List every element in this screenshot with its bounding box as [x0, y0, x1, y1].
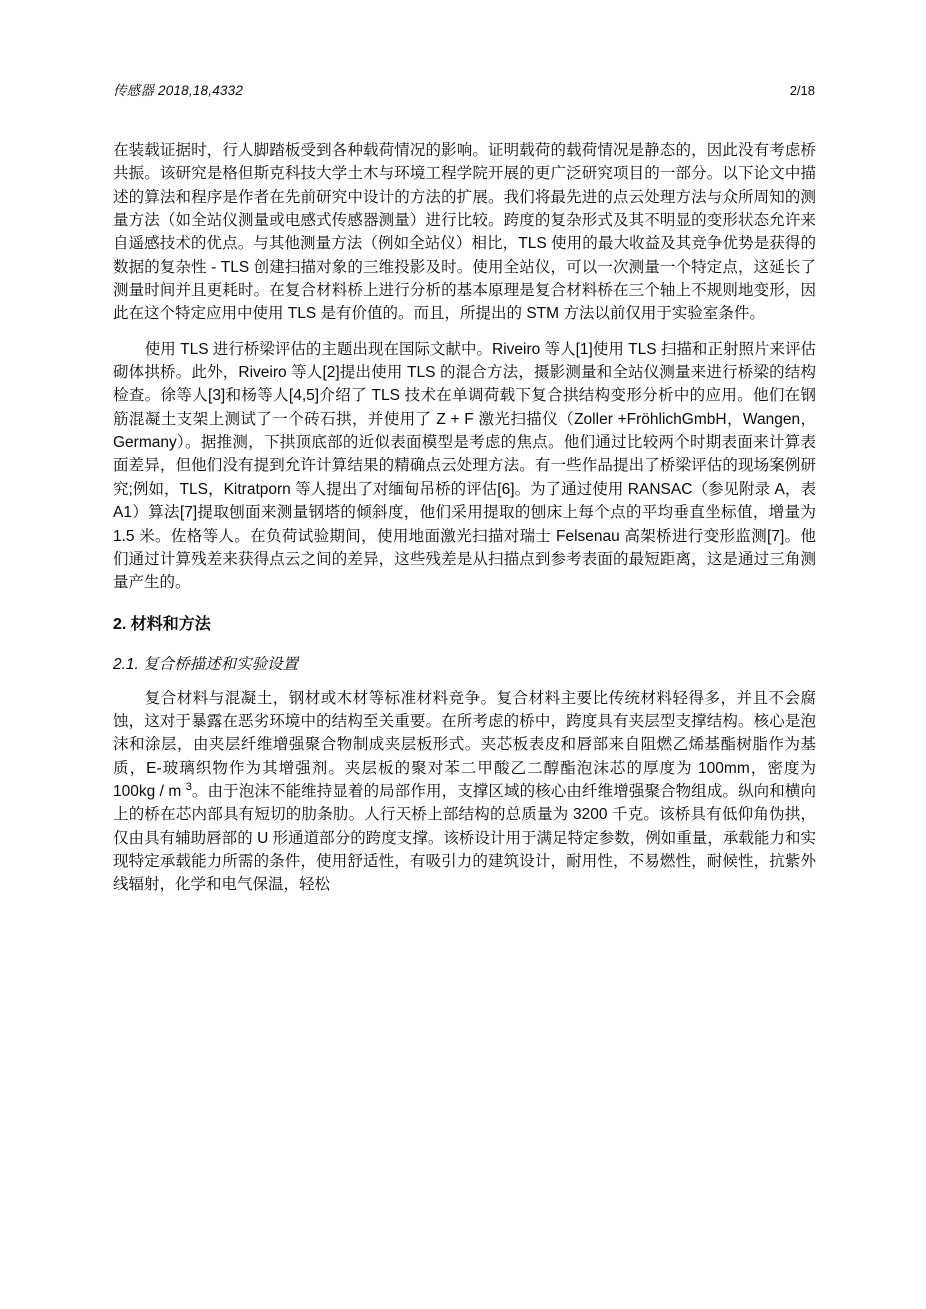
paragraph-composite-bridge-text-b: 。由于泡沫不能维持显着的局部作用，支撑区域的核心由纤维增强聚合物组成。纵向和横向… — [113, 783, 816, 893]
paragraph-composite-bridge: 复合材料与混凝土，钢材或木材等标准材料竞争。复合材料主要比传统材料轻得多，并且不… — [113, 687, 816, 897]
document-body: 在装载证据时，行人脚踏板受到各种载荷情况的影响。证明载荷的载荷情况是静态的，因此… — [113, 139, 816, 909]
paragraph-intro-continuation: 在装载证据时，行人脚踏板受到各种载荷情况的影响。证明载荷的载荷情况是静态的，因此… — [113, 139, 816, 326]
page-header: 传感器 2018,18,4332 2/18 — [113, 83, 815, 99]
section-heading-materials-and-methods: 2. 材料和方法 — [113, 613, 816, 636]
paragraph-literature-review: 使用 TLS 进行桥梁评估的主题出现在国际文献中。Riveiro 等人[1]使用… — [113, 338, 816, 595]
subsection-heading-bridge-description: 2.1. 复合桥描述和实验设置 — [113, 653, 816, 676]
page-number: 2/18 — [790, 83, 815, 99]
journal-citation: 传感器 2018,18,4332 — [113, 83, 243, 99]
document-page: 传感器 2018,18,4332 2/18 在装载证据时，行人脚踏板受到各种载荷… — [0, 0, 926, 1309]
